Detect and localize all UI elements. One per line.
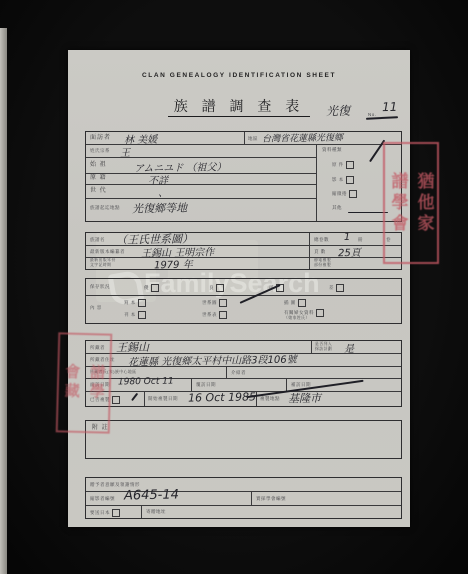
checkbox-copy xyxy=(346,176,354,184)
scanned-photo: CLAN GENEALOGY IDENTIFICATION SHEET 族 譜 … xyxy=(0,0,468,574)
volumes-label: 總卷數 xyxy=(314,237,329,243)
checkbox-excellent xyxy=(151,284,159,292)
holder-address-value: 花蓮縣 光復鄉太平村中山路3段106號 xyxy=(128,351,297,369)
content-label: 內 容 xyxy=(90,305,102,311)
form-title-wrap: 族 譜 調 查 表 xyxy=(68,96,410,116)
tick-copied xyxy=(131,393,138,401)
copy-place-label: 複製地點 xyxy=(260,396,280,402)
table-remarks: 附 註 xyxy=(85,420,402,459)
material-other: 其他 xyxy=(332,205,342,211)
year-value: 1979 年 xyxy=(154,256,193,272)
cond-poor: 差 xyxy=(329,284,344,292)
generations-label: 世 代 xyxy=(90,188,107,195)
red-seal-left: 譜學 會藏 xyxy=(56,332,113,433)
content-pedigree-chart: 世系圖 xyxy=(202,299,227,307)
send-japan-label: 要送日本 xyxy=(90,509,120,517)
plan-value: 是 xyxy=(344,340,354,355)
table-holder: 所藏者 王錫山 是否列入 採訪計劃 是 所藏者住址 花蓮縣 光復鄉太平村中山路3… xyxy=(85,340,402,407)
checkbox-printed xyxy=(138,311,146,319)
checkbox-illustrations xyxy=(298,299,306,307)
checkbox-copied xyxy=(112,396,120,404)
content-illustrations: 插 圖 xyxy=(284,299,306,307)
content-printed: 刊 本 xyxy=(124,311,146,319)
donor-intent-label: 贈予者意願及領謝情形 xyxy=(90,482,140,488)
checkbox-good xyxy=(216,284,224,292)
checkbox-pedigree-table xyxy=(219,311,227,319)
hand-no: 11 xyxy=(382,100,398,114)
generations-value: 、 xyxy=(158,184,168,199)
scope-label: 族譜起迄地點 xyxy=(90,205,120,211)
volumes-value: 1 xyxy=(344,232,351,243)
cond-excellent: 優 xyxy=(144,284,159,292)
pages-value: 25頁 xyxy=(338,244,361,259)
material-copy: 影 本 xyxy=(332,176,354,184)
plan-label: 是否列入 採訪計劃 xyxy=(315,342,332,351)
table-genealogy-info: 族譜名 （王氏世系圖） 總卷數 1 冊 卷 最新版本編纂者 王錫山 王明宗作 頁… xyxy=(85,232,402,270)
area-label: 地區 xyxy=(248,136,258,142)
checkbox-women-data xyxy=(316,309,324,317)
checkbox-manuscript xyxy=(138,299,146,307)
compiler-label: 最新版本編纂者 xyxy=(90,249,125,255)
form-title: 族 譜 調 查 表 xyxy=(168,98,311,117)
material-microfilm: 縮微捲 xyxy=(332,190,357,198)
donate-address-label: 寄贈地址 xyxy=(146,509,166,515)
copy-place-value: 基隆市 xyxy=(288,390,321,407)
material-original: 原 件 xyxy=(332,161,354,169)
content-women-note: （娘家姓氏） xyxy=(284,316,310,321)
table-condition: 保存狀況 優 良 可 差 內 容 寫 本 刊 本 世系圖 世系表 插 圖 有關婦… xyxy=(85,278,402,324)
ancestor-label: 始 祖 xyxy=(90,162,107,169)
genealogy-name-label: 族譜名 xyxy=(90,237,105,243)
checkbox-microfilm xyxy=(349,190,357,198)
red-seal-right: 猶他家 譜學會 xyxy=(383,142,439,264)
tick-pedigree-chart xyxy=(240,284,281,303)
material-label: 資料種類 xyxy=(322,147,342,153)
table-admin: 贈予者意願及領謝情形 縮影者編號 A645-14 實採學會編號 要送日本 寄贈地… xyxy=(85,477,402,519)
year-label: 最新出版年份 文字記時期 xyxy=(90,258,116,267)
cond-good: 良 xyxy=(209,284,224,292)
copy-date-label: 開始複製日期 xyxy=(148,396,178,402)
revisit-date-label: 覆訪日期 xyxy=(196,382,216,388)
introducer-label: 介紹者 xyxy=(231,370,246,376)
other-underline xyxy=(348,212,388,213)
checkbox-original xyxy=(346,161,354,169)
microfilm-no-label: 縮影者編號 xyxy=(90,496,115,502)
checkbox-pedigree-chart xyxy=(219,299,227,307)
copy-method-label: 靜電複製 部份複製 xyxy=(314,258,331,267)
visit-date-value: 1980 Oct 11 xyxy=(118,377,174,388)
scope-value: 光復鄉等地 xyxy=(132,200,187,217)
scan-edge-sliver xyxy=(0,28,7,574)
microfilm-no-value: A645-14 xyxy=(124,488,179,504)
area-value: 台灣省花蓮縣光復鄉 xyxy=(262,130,343,144)
volumes-unit1: 冊 xyxy=(358,237,363,243)
origin-label: 原 籍 xyxy=(90,175,107,182)
document-page: CLAN GENEALOGY IDENTIFICATION SHEET 族 譜 … xyxy=(68,50,410,527)
pages-label: 頁 數 xyxy=(314,249,326,255)
interviewer-label: 面訪者 xyxy=(90,135,111,142)
no-underline xyxy=(366,116,398,119)
table-subject: 面訪者 林 美媛 地區 台灣省花蓮縣光復鄉 姓氏宗系 王 始 祖 アムニユド （… xyxy=(85,131,402,222)
content-manuscript: 寫 本 xyxy=(124,299,146,307)
surname-value: 王 xyxy=(120,144,130,159)
english-title: CLAN GENEALOGY IDENTIFICATION SHEET xyxy=(68,72,410,79)
surname-label: 姓氏宗系 xyxy=(90,148,110,154)
checkbox-poor xyxy=(336,284,344,292)
hand-place: 光復 xyxy=(326,102,350,119)
checkbox-send-japan xyxy=(112,509,120,517)
society-no-label: 實採學會編號 xyxy=(256,496,286,502)
content-pedigree-table: 世系表 xyxy=(202,311,227,319)
condition-label: 保存狀況 xyxy=(90,284,110,290)
